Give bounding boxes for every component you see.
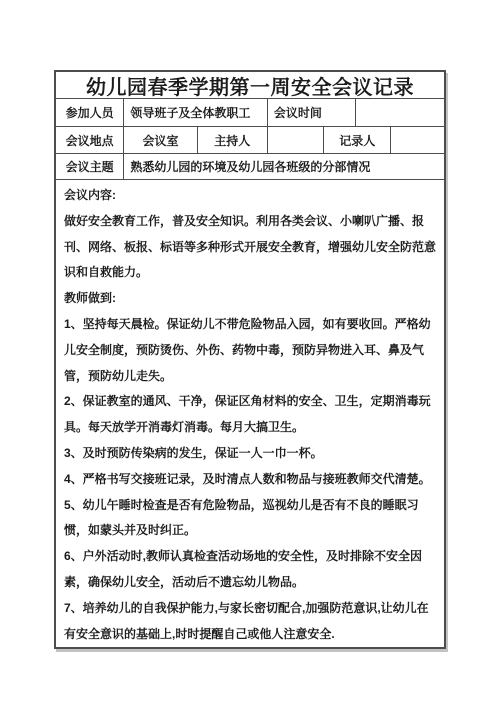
content-paragraph-intro: 做好安全教育工作，普及安全知识。利用各类会议、小喇叭广播、报刊、网络、板报、标语… [64, 209, 438, 286]
participants-row: 参加人员 领导班子及全体教职工 会议时间 [56, 98, 444, 126]
topic-value: 熟悉幼儿园的环境及幼儿园各班级的分部情况 [123, 154, 444, 179]
recorder-label: 记录人 [323, 127, 390, 153]
content-subheading-teachers: 教师做到: [64, 286, 438, 312]
content-item-6: 6、户外活动时,教师认真检查活动场地的安全性，及时排除不安全因素，确保幼儿安全，… [64, 544, 438, 596]
recorder-value [390, 127, 444, 153]
document-title: 幼儿园春季学期第一周安全会议记录 [56, 72, 444, 98]
title-row: 幼儿园春季学期第一周安全会议记录 [56, 72, 444, 98]
meeting-record-table: 幼儿园春季学期第一周安全会议记录 参加人员 领导班子及全体教职工 会议时间 会议… [54, 70, 446, 649]
document-page: { "document": { "title": "幼儿园春季学期第一周安全会议… [0, 0, 500, 707]
content-item-5: 5、幼儿午睡时检查是否有危险物品，巡视幼儿是否有不良的睡眠习惯，如蒙头并及时纠正… [64, 493, 438, 545]
meeting-time-value [355, 99, 444, 126]
content-item-1: 1、坚持每天晨检。保证幼儿不带危险物品入园，如有要收回。严格幼儿安全制度，预防烫… [64, 312, 438, 389]
content-heading: 会议内容: [64, 183, 438, 209]
topic-label: 会议主题 [56, 154, 123, 179]
meeting-time-label: 会议时间 [267, 99, 355, 126]
content-item-4: 4、严格书写交接班记录，及时清点人数和物品与接班教师交代清楚。 [64, 467, 438, 493]
location-value: 会议室 [123, 127, 196, 153]
participants-value: 领导班子及全体教职工 [123, 99, 267, 126]
host-label: 主持人 [197, 127, 267, 153]
topic-row: 会议主题 熟悉幼儿园的环境及幼儿园各班级的分部情况 [56, 153, 444, 179]
host-value [267, 127, 323, 153]
location-label: 会议地点 [56, 127, 123, 153]
content-item-7: 7、培养幼儿的自我保护能力,与家长密切配合,加强防范意识,让幼儿在有安全意识的基… [64, 596, 438, 647]
location-row: 会议地点 会议室 主持人 记录人 [56, 126, 444, 153]
content-item-2: 2、保证教室的通风、干净，保证区角材料的安全、卫生，定期消毒玩具。每天放学开消毒… [64, 389, 438, 441]
content-item-3: 3、及时预防传染病的发生，保证一人一巾一杯。 [64, 441, 438, 467]
meeting-content-cell: 会议内容: 做好安全教育工作，普及安全知识。利用各类会议、小喇叭广播、报刊、网络… [56, 179, 444, 647]
participants-label: 参加人员 [56, 99, 123, 126]
